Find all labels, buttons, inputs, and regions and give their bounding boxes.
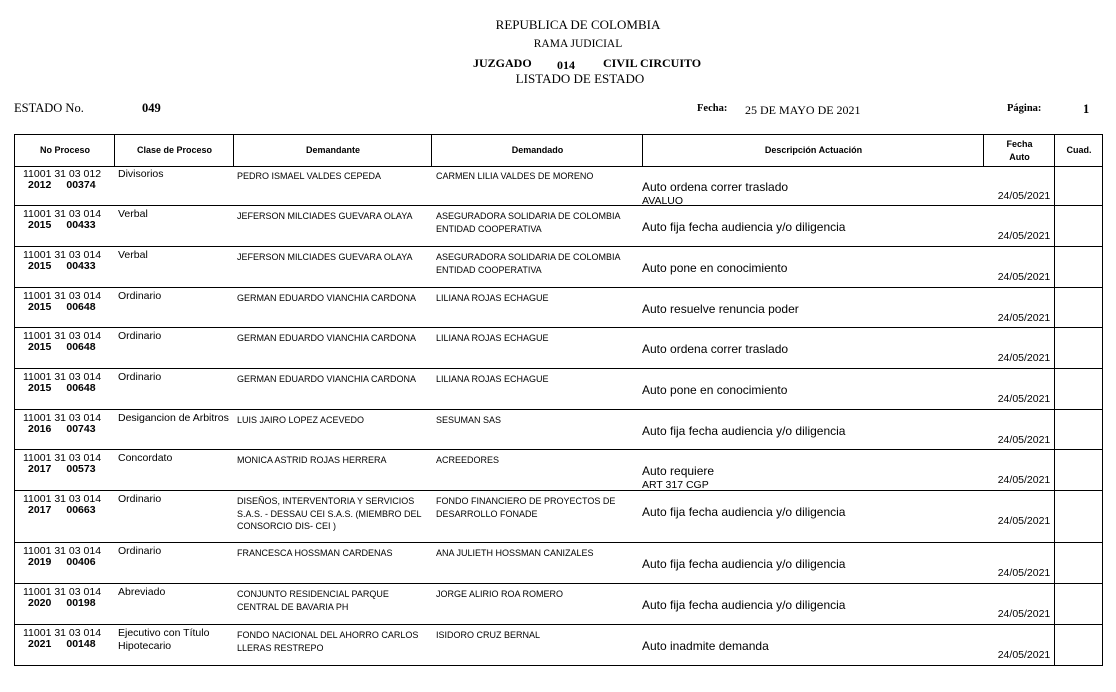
estado-table: No Proceso Clase de Proceso Demandante D… bbox=[14, 134, 1103, 666]
descripcion-text: Auto fija fecha audiencia y/o diligencia bbox=[642, 598, 845, 612]
col-clase: Clase de Proceso bbox=[115, 135, 234, 166]
clase-proceso: Ordinario bbox=[118, 545, 230, 558]
demandante: FONDO NACIONAL DEL AHORRO CARLOS LLERAS … bbox=[237, 629, 422, 654]
table-row: 11001 31 03 014 202000198 Abreviado CONJ… bbox=[15, 584, 1102, 625]
fecha-auto: 24/05/2021 bbox=[984, 352, 1064, 365]
proceso-anio: 2015 bbox=[28, 219, 51, 232]
table-row: 11001 31 03 014 201600743 Desigancion de… bbox=[15, 410, 1102, 450]
proceso-numero: 00648 bbox=[66, 341, 95, 354]
proceso-radicado: 201700663 bbox=[28, 504, 96, 517]
proceso-radicado: 201500648 bbox=[28, 301, 96, 314]
demandado: LILIANA ROJAS ECHAGUE bbox=[436, 332, 636, 345]
clase-proceso: Divisorios bbox=[118, 168, 230, 181]
demandado: ASEGURADORA SOLIDARIA DE COLOMBIA ENTIDA… bbox=[436, 251, 636, 276]
proceso-numero: 00663 bbox=[66, 504, 95, 517]
descripcion-actuacion: Auto ordena correr traslado bbox=[642, 342, 788, 356]
descripcion-actuacion: Auto fija fecha audiencia y/o diligencia bbox=[642, 220, 845, 234]
fecha-auto: 24/05/2021 bbox=[984, 434, 1064, 447]
proceso-radicado: 201500433 bbox=[28, 219, 96, 232]
clase-proceso: Ordinario bbox=[118, 371, 230, 384]
fecha-label: Fecha: bbox=[697, 103, 727, 114]
descripcion-text: Auto requiere bbox=[642, 464, 714, 478]
table-row: 11001 31 03 014 201500648 Ordinario GERM… bbox=[15, 369, 1102, 410]
col-descripcion: Descripción Actuación bbox=[643, 135, 984, 166]
proceso-radicado: 201600743 bbox=[28, 423, 96, 436]
proceso-radicado: 201500648 bbox=[28, 341, 96, 354]
col-demandado: Demandado bbox=[432, 135, 643, 166]
proceso-radicado: 201500648 bbox=[28, 382, 96, 395]
proceso-numero: 00648 bbox=[66, 301, 95, 314]
demandado: FONDO FINANCIERO DE PROYECTOS DE DESARRO… bbox=[436, 495, 636, 520]
proceso-anio: 2015 bbox=[28, 382, 51, 395]
demandante: LUIS JAIRO LOPEZ ACEVEDO bbox=[237, 414, 422, 427]
proceso-anio: 2015 bbox=[28, 301, 51, 314]
clase-proceso: Ordinario bbox=[118, 493, 230, 506]
header-branch: RAMA JUDICIAL bbox=[0, 38, 1116, 50]
demandante: FRANCESCA HOSSMAN CARDENAS bbox=[237, 547, 422, 560]
proceso-anio: 2020 bbox=[28, 597, 51, 610]
descripcion-text: Auto fija fecha audiencia y/o diligencia bbox=[642, 505, 845, 519]
descripcion-text: Auto fija fecha audiencia y/o diligencia bbox=[642, 424, 845, 438]
descripcion-actuacion: Auto fija fecha audiencia y/o diligencia bbox=[642, 424, 845, 438]
proceso-anio: 2017 bbox=[28, 463, 51, 476]
estado-label: ESTADO No. bbox=[14, 101, 84, 116]
pagina-label: Página: bbox=[1007, 103, 1041, 114]
clase-proceso: Verbal bbox=[118, 249, 230, 262]
demandado: LILIANA ROJAS ECHAGUE bbox=[436, 373, 636, 386]
descripcion-text: Auto ordena correr traslado bbox=[642, 180, 788, 194]
clase-proceso: Abreviado bbox=[118, 586, 230, 599]
demandante: GERMAN EDUARDO VIANCHIA CARDONA bbox=[237, 332, 422, 345]
demandante: GERMAN EDUARDO VIANCHIA CARDONA bbox=[237, 373, 422, 386]
descripcion-actuacion: Auto requiereART 317 CGP bbox=[642, 464, 714, 492]
descripcion-text: Auto resuelve renuncia poder bbox=[642, 302, 799, 316]
header-country: REPUBLICA DE COLOMBIA bbox=[0, 17, 1116, 33]
proceso-anio: 2012 bbox=[28, 179, 51, 192]
clase-proceso: Concordato bbox=[118, 452, 230, 465]
proceso-numero: 00148 bbox=[66, 638, 95, 651]
demandado: JORGE ALIRIO ROA ROMERO bbox=[436, 588, 636, 601]
table-row: 11001 31 03 014 201500433 Verbal JEFERSO… bbox=[15, 206, 1102, 247]
fecha-auto: 24/05/2021 bbox=[984, 230, 1064, 243]
proceso-anio: 2015 bbox=[28, 341, 51, 354]
demandante: CONJUNTO RESIDENCIAL PARQUE CENTRAL DE B… bbox=[237, 588, 422, 613]
col-fecha-auto-line1: Fecha bbox=[1006, 138, 1032, 151]
fecha-auto: 24/05/2021 bbox=[984, 567, 1064, 580]
clase-proceso: Ordinario bbox=[118, 290, 230, 303]
demandante: DISEÑOS, INTERVENTORIA Y SERVICIOS S.A.S… bbox=[237, 495, 422, 533]
descripcion-actuacion: Auto fija fecha audiencia y/o diligencia bbox=[642, 557, 845, 571]
demandado: SESUMAN SAS bbox=[436, 414, 636, 427]
proceso-radicado: 201500433 bbox=[28, 260, 96, 273]
proceso-radicado: 202000198 bbox=[28, 597, 96, 610]
proceso-radicado: 201700573 bbox=[28, 463, 96, 476]
table-row: 11001 31 03 012 201200374 Divisorios PED… bbox=[15, 166, 1102, 206]
fecha-auto: 24/05/2021 bbox=[984, 190, 1064, 203]
demandante: GERMAN EDUARDO VIANCHIA CARDONA bbox=[237, 292, 422, 305]
demandante: MONICA ASTRID ROJAS HERRERA bbox=[237, 454, 422, 467]
col-cuad: Cuad. bbox=[1055, 135, 1103, 166]
demandado: CARMEN LILIA VALDES DE MORENO bbox=[436, 170, 636, 183]
proceso-anio: 2017 bbox=[28, 504, 51, 517]
demandado: ANA JULIETH HOSSMAN CANIZALES bbox=[436, 547, 636, 560]
demandado: LILIANA ROJAS ECHAGUE bbox=[436, 292, 636, 305]
descripcion-text: Auto fija fecha audiencia y/o diligencia bbox=[642, 220, 845, 234]
header-juzgado-label: JUZGADO bbox=[473, 56, 532, 71]
table-row: 11001 31 03 014 201500648 Ordinario GERM… bbox=[15, 288, 1102, 328]
descripcion-detalle: ART 317 CGP bbox=[642, 478, 714, 492]
proceso-numero: 00406 bbox=[66, 556, 95, 569]
fecha-auto: 24/05/2021 bbox=[984, 474, 1064, 487]
proceso-numero: 00433 bbox=[66, 260, 95, 273]
proceso-numero: 00573 bbox=[66, 463, 95, 476]
proceso-radicado: 201200374 bbox=[28, 179, 96, 192]
proceso-numero: 00743 bbox=[66, 423, 95, 436]
proceso-numero: 00374 bbox=[66, 179, 95, 192]
col-demandante: Demandante bbox=[234, 135, 432, 166]
col-fecha-auto: Fecha Auto bbox=[984, 135, 1055, 166]
descripcion-actuacion: Auto fija fecha audiencia y/o diligencia bbox=[642, 505, 845, 519]
descripcion-actuacion: Auto resuelve renuncia poder bbox=[642, 302, 799, 316]
col-fecha-auto-line2: Auto bbox=[1009, 151, 1030, 164]
proceso-radicado: 202100148 bbox=[28, 638, 96, 651]
proceso-numero: 00433 bbox=[66, 219, 95, 232]
proceso-anio: 2019 bbox=[28, 556, 51, 569]
fecha-auto: 24/05/2021 bbox=[984, 649, 1064, 662]
descripcion-text: Auto inadmite demanda bbox=[642, 639, 769, 653]
descripcion-actuacion: Auto fija fecha audiencia y/o diligencia bbox=[642, 598, 845, 612]
table-row: 11001 31 03 014 201700573 Concordato MON… bbox=[15, 450, 1102, 491]
proceso-anio: 2015 bbox=[28, 260, 51, 273]
clase-proceso: Desigancion de Arbitros bbox=[118, 412, 230, 425]
descripcion-actuacion: Auto inadmite demanda bbox=[642, 639, 769, 653]
table-row: 11001 31 03 014 201700663 Ordinario DISE… bbox=[15, 491, 1102, 543]
descripcion-text: Auto ordena correr traslado bbox=[642, 342, 788, 356]
fecha-value: 25 DE MAYO DE 2021 bbox=[745, 103, 861, 118]
table-row: 11001 31 03 014 201500648 Ordinario GERM… bbox=[15, 328, 1102, 369]
clase-proceso: Ejecutivo con Título Hipotecario bbox=[118, 627, 230, 653]
clase-proceso: Ordinario bbox=[118, 330, 230, 343]
demandante: PEDRO ISMAEL VALDES CEPEDA bbox=[237, 170, 422, 183]
header-juzgado-type: CIVIL CIRCUITO bbox=[603, 56, 701, 71]
proceso-anio: 2021 bbox=[28, 638, 51, 651]
descripcion-actuacion: Auto ordena correr trasladoAVALUO bbox=[642, 180, 788, 208]
demandante: JEFERSON MILCIADES GUEVARA OLAYA bbox=[237, 210, 422, 223]
table-row: 11001 31 03 014 202100148 Ejecutivo con … bbox=[15, 625, 1102, 666]
table-header: No Proceso Clase de Proceso Demandante D… bbox=[15, 135, 1102, 167]
proceso-numero: 00198 bbox=[66, 597, 95, 610]
fecha-auto: 24/05/2021 bbox=[984, 393, 1064, 406]
proceso-numero: 00648 bbox=[66, 382, 95, 395]
demandante: JEFERSON MILCIADES GUEVARA OLAYA bbox=[237, 251, 422, 264]
descripcion-text: Auto pone en conocimiento bbox=[642, 261, 787, 275]
fecha-auto: 24/05/2021 bbox=[984, 312, 1064, 325]
descripcion-text: Auto fija fecha audiencia y/o diligencia bbox=[642, 557, 845, 571]
table-row: 11001 31 03 014 201500433 Verbal JEFERSO… bbox=[15, 247, 1102, 288]
fecha-auto: 24/05/2021 bbox=[984, 608, 1064, 621]
estado-value: 049 bbox=[142, 101, 161, 116]
page-title: LISTADO DE ESTADO bbox=[0, 71, 1116, 87]
proceso-anio: 2016 bbox=[28, 423, 51, 436]
fecha-auto: 24/05/2021 bbox=[984, 271, 1064, 284]
table-row: 11001 31 03 014 201900406 Ordinario FRAN… bbox=[15, 543, 1102, 584]
col-no-proceso: No Proceso bbox=[15, 135, 115, 166]
descripcion-actuacion: Auto pone en conocimiento bbox=[642, 383, 787, 397]
demandado: ASEGURADORA SOLIDARIA DE COLOMBIA ENTIDA… bbox=[436, 210, 636, 235]
fecha-auto: 24/05/2021 bbox=[984, 515, 1064, 528]
proceso-radicado: 201900406 bbox=[28, 556, 96, 569]
descripcion-actuacion: Auto pone en conocimiento bbox=[642, 261, 787, 275]
demandado: ISIDORO CRUZ BERNAL bbox=[436, 629, 636, 642]
pagina-value: 1 bbox=[1083, 102, 1089, 117]
demandado: ACREEDORES bbox=[436, 454, 636, 467]
descripcion-text: Auto pone en conocimiento bbox=[642, 383, 787, 397]
clase-proceso: Verbal bbox=[118, 208, 230, 221]
